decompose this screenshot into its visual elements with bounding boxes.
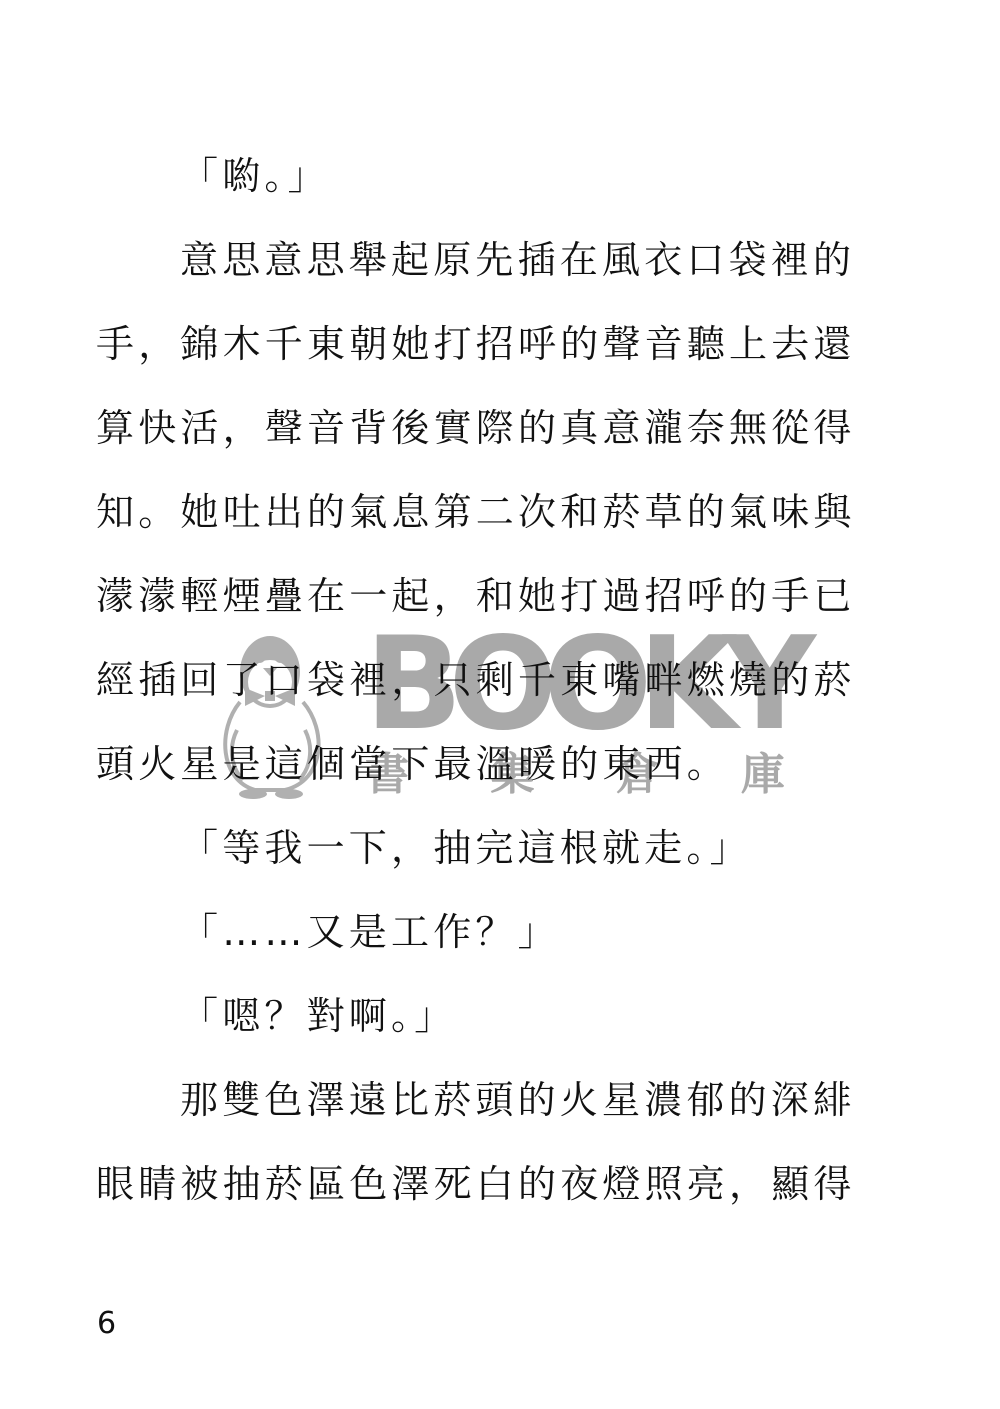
text-line: 「……又是工作？」 [96, 902, 866, 986]
body-text: 「喲。」 意思意思舉起原先插在風衣口袋裡的 手，錦木千東朝她打招呼的聲音聽上去還… [96, 146, 866, 1238]
text-line: 算快活，聲音背後實際的真意瀧奈無從得 [96, 398, 866, 482]
text-line: 頭火星是這個當下最溫暖的東西。 [96, 734, 866, 818]
text-line: 經插回了口袋裡，只剩千東嘴畔燃燒的菸 [96, 650, 866, 734]
text-line: 「嗯？對啊。」 [96, 986, 866, 1070]
text-line: 手，錦木千東朝她打招呼的聲音聽上去還 [96, 314, 866, 398]
text-line: 濛濛輕煙疊在一起，和她打過招呼的手已 [96, 566, 866, 650]
text-line: 「等我一下，抽完這根就走。」 [96, 818, 866, 902]
text-line: 「喲。」 [96, 146, 866, 230]
text-line: 意思意思舉起原先插在風衣口袋裡的 [96, 230, 866, 314]
book-page: BOOKY 書 集 倉 庫 「喲。」 意思意思舉起原先插在風衣口袋裡的 手，錦木… [0, 0, 1000, 1409]
text-line: 眼睛被抽菸區色澤死白的夜燈照亮，顯得 [96, 1154, 866, 1238]
text-line: 那雙色澤遠比菸頭的火星濃郁的深緋 [96, 1070, 866, 1154]
text-line: 知。她吐出的氣息第二次和菸草的氣味與 [96, 482, 866, 566]
page-number: 6 [97, 1306, 116, 1341]
